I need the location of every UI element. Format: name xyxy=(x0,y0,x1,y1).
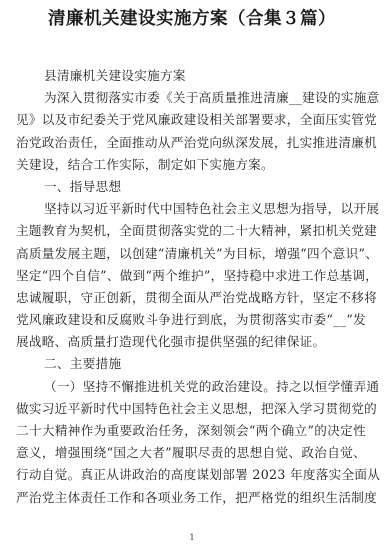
text-line: 党风廉政建设和反腐败斗争进行到底，为贯彻落实市委“__”发 xyxy=(16,309,366,331)
text-line: 二十大精神作为重要政治任务，深刻领会“两个确立”的决定性 xyxy=(16,420,366,442)
text-line: 为深入贯彻落实市委《关于高质量推进清廉__建设的实施意 xyxy=(16,87,366,109)
page-number: 1 xyxy=(0,533,384,542)
text-line: 做实习近平新时代中国特色社会主义思想，把深入学习贯彻党的 xyxy=(16,398,366,420)
text-line: 县清廉机关建设实施方案 xyxy=(16,65,366,87)
section-heading: 一、指导思想 xyxy=(16,176,366,198)
text-line: 坚持以习近平新时代中国特色社会主义思想为指导，以开展 xyxy=(16,198,366,220)
text-line: 意义，增强围绕“国之大者”履职尽责的思想自觉、政治自觉、 xyxy=(16,442,366,464)
text-line: 治党政治责任，全面推动从严治党向纵深发展，扎实推进清廉机 xyxy=(16,132,366,154)
document-title: 清廉机关建设实施方案（合集３篇） xyxy=(0,5,384,30)
text-line: 坚定“四个自信”、做到“两个维护”，坚持稳中求进工作总基调， xyxy=(16,265,366,287)
document-body: 县清廉机关建设实施方案 为深入贯彻落实市委《关于高质量推进清廉__建设的实施意 … xyxy=(16,65,366,509)
text-line: 高质量发展主题，以创建“清廉机关”为目标，增强“四个意识”、 xyxy=(16,243,366,265)
text-line: 关建设，结合工作实际，制定如下实施方案。 xyxy=(16,154,366,176)
section-heading: 二、主要措施 xyxy=(16,353,366,375)
text-line: 展战略、高质量打造现代化强市提供坚强的纪律保证。 xyxy=(16,331,366,353)
text-line: 严治党主体责任工作和各项业务工作，把严格党的组织生活制度 xyxy=(16,487,366,509)
text-line: 忠诚履职，守正创新，贯彻全面从严治党战略方针，坚定不移将 xyxy=(16,287,366,309)
text-line: （一）坚持不懈推进机关党的政治建设。持之以恒学懂弄通 xyxy=(16,376,366,398)
text-line: 见》以及市纪委关于党风廉政建设相关部署要求，全面压实管党 xyxy=(16,109,366,131)
text-line: 主题教育为契机，全面贯彻落实党的二十大精神，紧扣机关党建 xyxy=(16,220,366,242)
text-line: 行动自觉。真正从讲政治的高度谋划部署 2023 年度落实全面从 xyxy=(16,464,366,486)
